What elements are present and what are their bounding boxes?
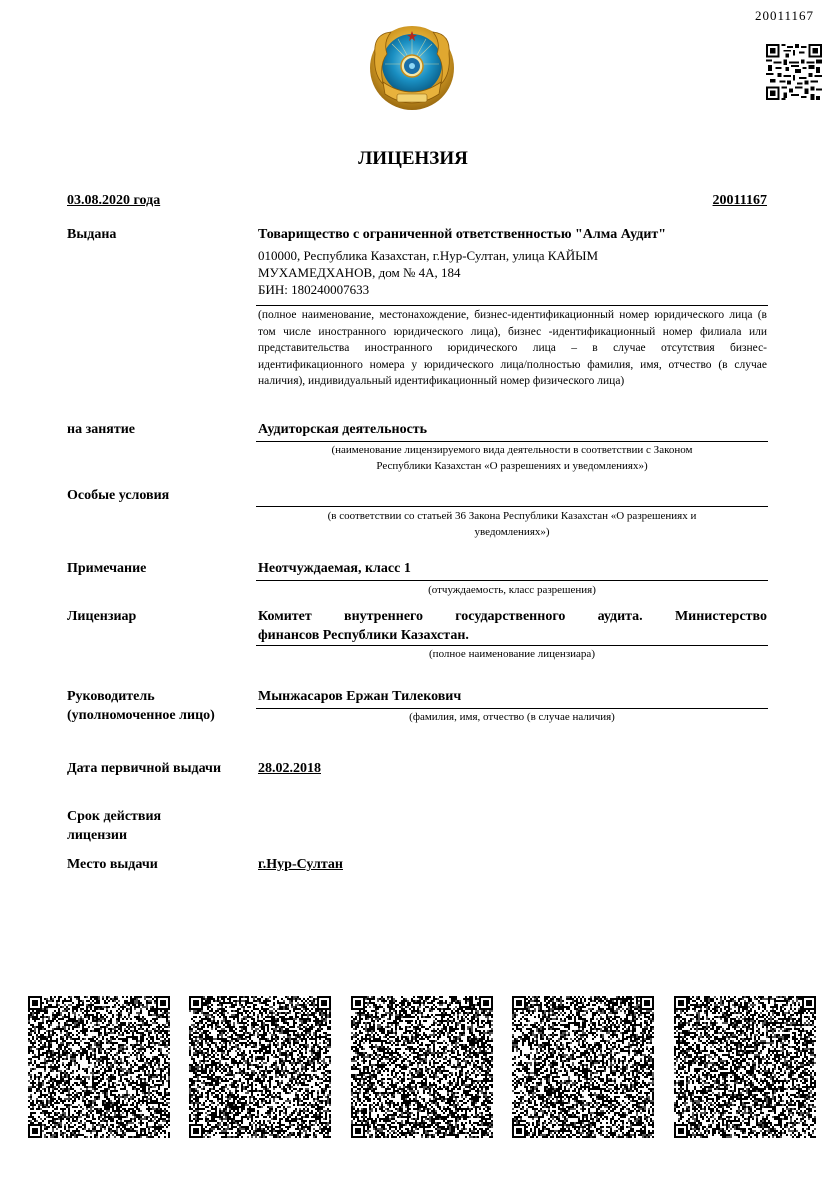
divider [256, 506, 768, 507]
page-title: ЛИЦЕНЗИЯ [0, 148, 826, 170]
qr-code-icon [512, 996, 654, 1138]
qr-code-icon [766, 43, 822, 101]
head-label-line2: (уполномоченное лицо) [67, 706, 252, 725]
divider [256, 580, 768, 581]
head-note: (фамилия, имя, отчество (в случае наличи… [256, 709, 768, 725]
special-conditions-label: Особые условия [67, 486, 252, 505]
state-emblem-icon [369, 24, 455, 112]
special-conditions-note-line2: уведомлениях») [256, 524, 768, 540]
licensor-value-line2: финансов Республики Казахстан. [258, 626, 767, 645]
place-of-issue-value: г.Нур-Султан [258, 855, 767, 874]
issued-to-note: (полное наименование, местонахождение, б… [258, 307, 767, 390]
activity-value: Аудиторская деятельность [258, 420, 767, 439]
special-conditions-note-line1: (в соответствии со статьей 36 Закона Рес… [256, 508, 768, 524]
remark-label: Примечание [67, 559, 252, 578]
qr-code-icon [674, 996, 816, 1138]
remark-note: (отчуждаемость, класс разрешения) [256, 582, 768, 598]
activity-note-line2: Республики Казахстан «О разрешениях и ув… [256, 458, 768, 474]
issued-to-address-line2: МУХАМЕДХАНОВ, дом № 4А, 184 [258, 264, 461, 281]
activity-label: на занятие [67, 420, 252, 439]
head-label-line1: Руководитель [67, 687, 252, 706]
validity-label-line1: Срок действия [67, 807, 252, 826]
place-of-issue-label: Место выдачи [67, 855, 252, 874]
first-issue-date-value: 28.02.2018 [258, 759, 767, 778]
license-number: 20011167 [713, 193, 767, 209]
document-number: 20011167 [755, 8, 814, 24]
qr-code-icon [28, 996, 170, 1138]
remark-value: Неотчуждаемая, класс 1 [258, 559, 767, 578]
licensor-note: (полное наименование лицензиара) [256, 646, 768, 662]
issued-to-bin: БИН: 180240007633 [258, 281, 369, 298]
activity-note-line1: (наименование лицензируемого вида деятел… [256, 442, 768, 458]
validity-label-line2: лицензии [67, 826, 252, 845]
issued-to-label: Выдана [67, 225, 252, 244]
divider [256, 305, 768, 306]
licensor-label: Лицензиар [67, 607, 252, 626]
issued-to-name: Товарищество с ограниченной ответственно… [258, 225, 767, 244]
qr-code-icon [351, 996, 493, 1138]
head-value: Мынжасаров Ержан Тилекович [258, 687, 767, 706]
licensor-value-line1: Комитет внутреннего государственного ауд… [258, 607, 767, 626]
issue-date: 03.08.2020 года [67, 193, 160, 209]
issued-to-address-line1: 010000, Республика Казахстан, г.Нур-Султ… [258, 247, 767, 264]
qr-code-icon [189, 996, 331, 1138]
first-issue-date-label: Дата первичной выдачи [67, 759, 252, 778]
